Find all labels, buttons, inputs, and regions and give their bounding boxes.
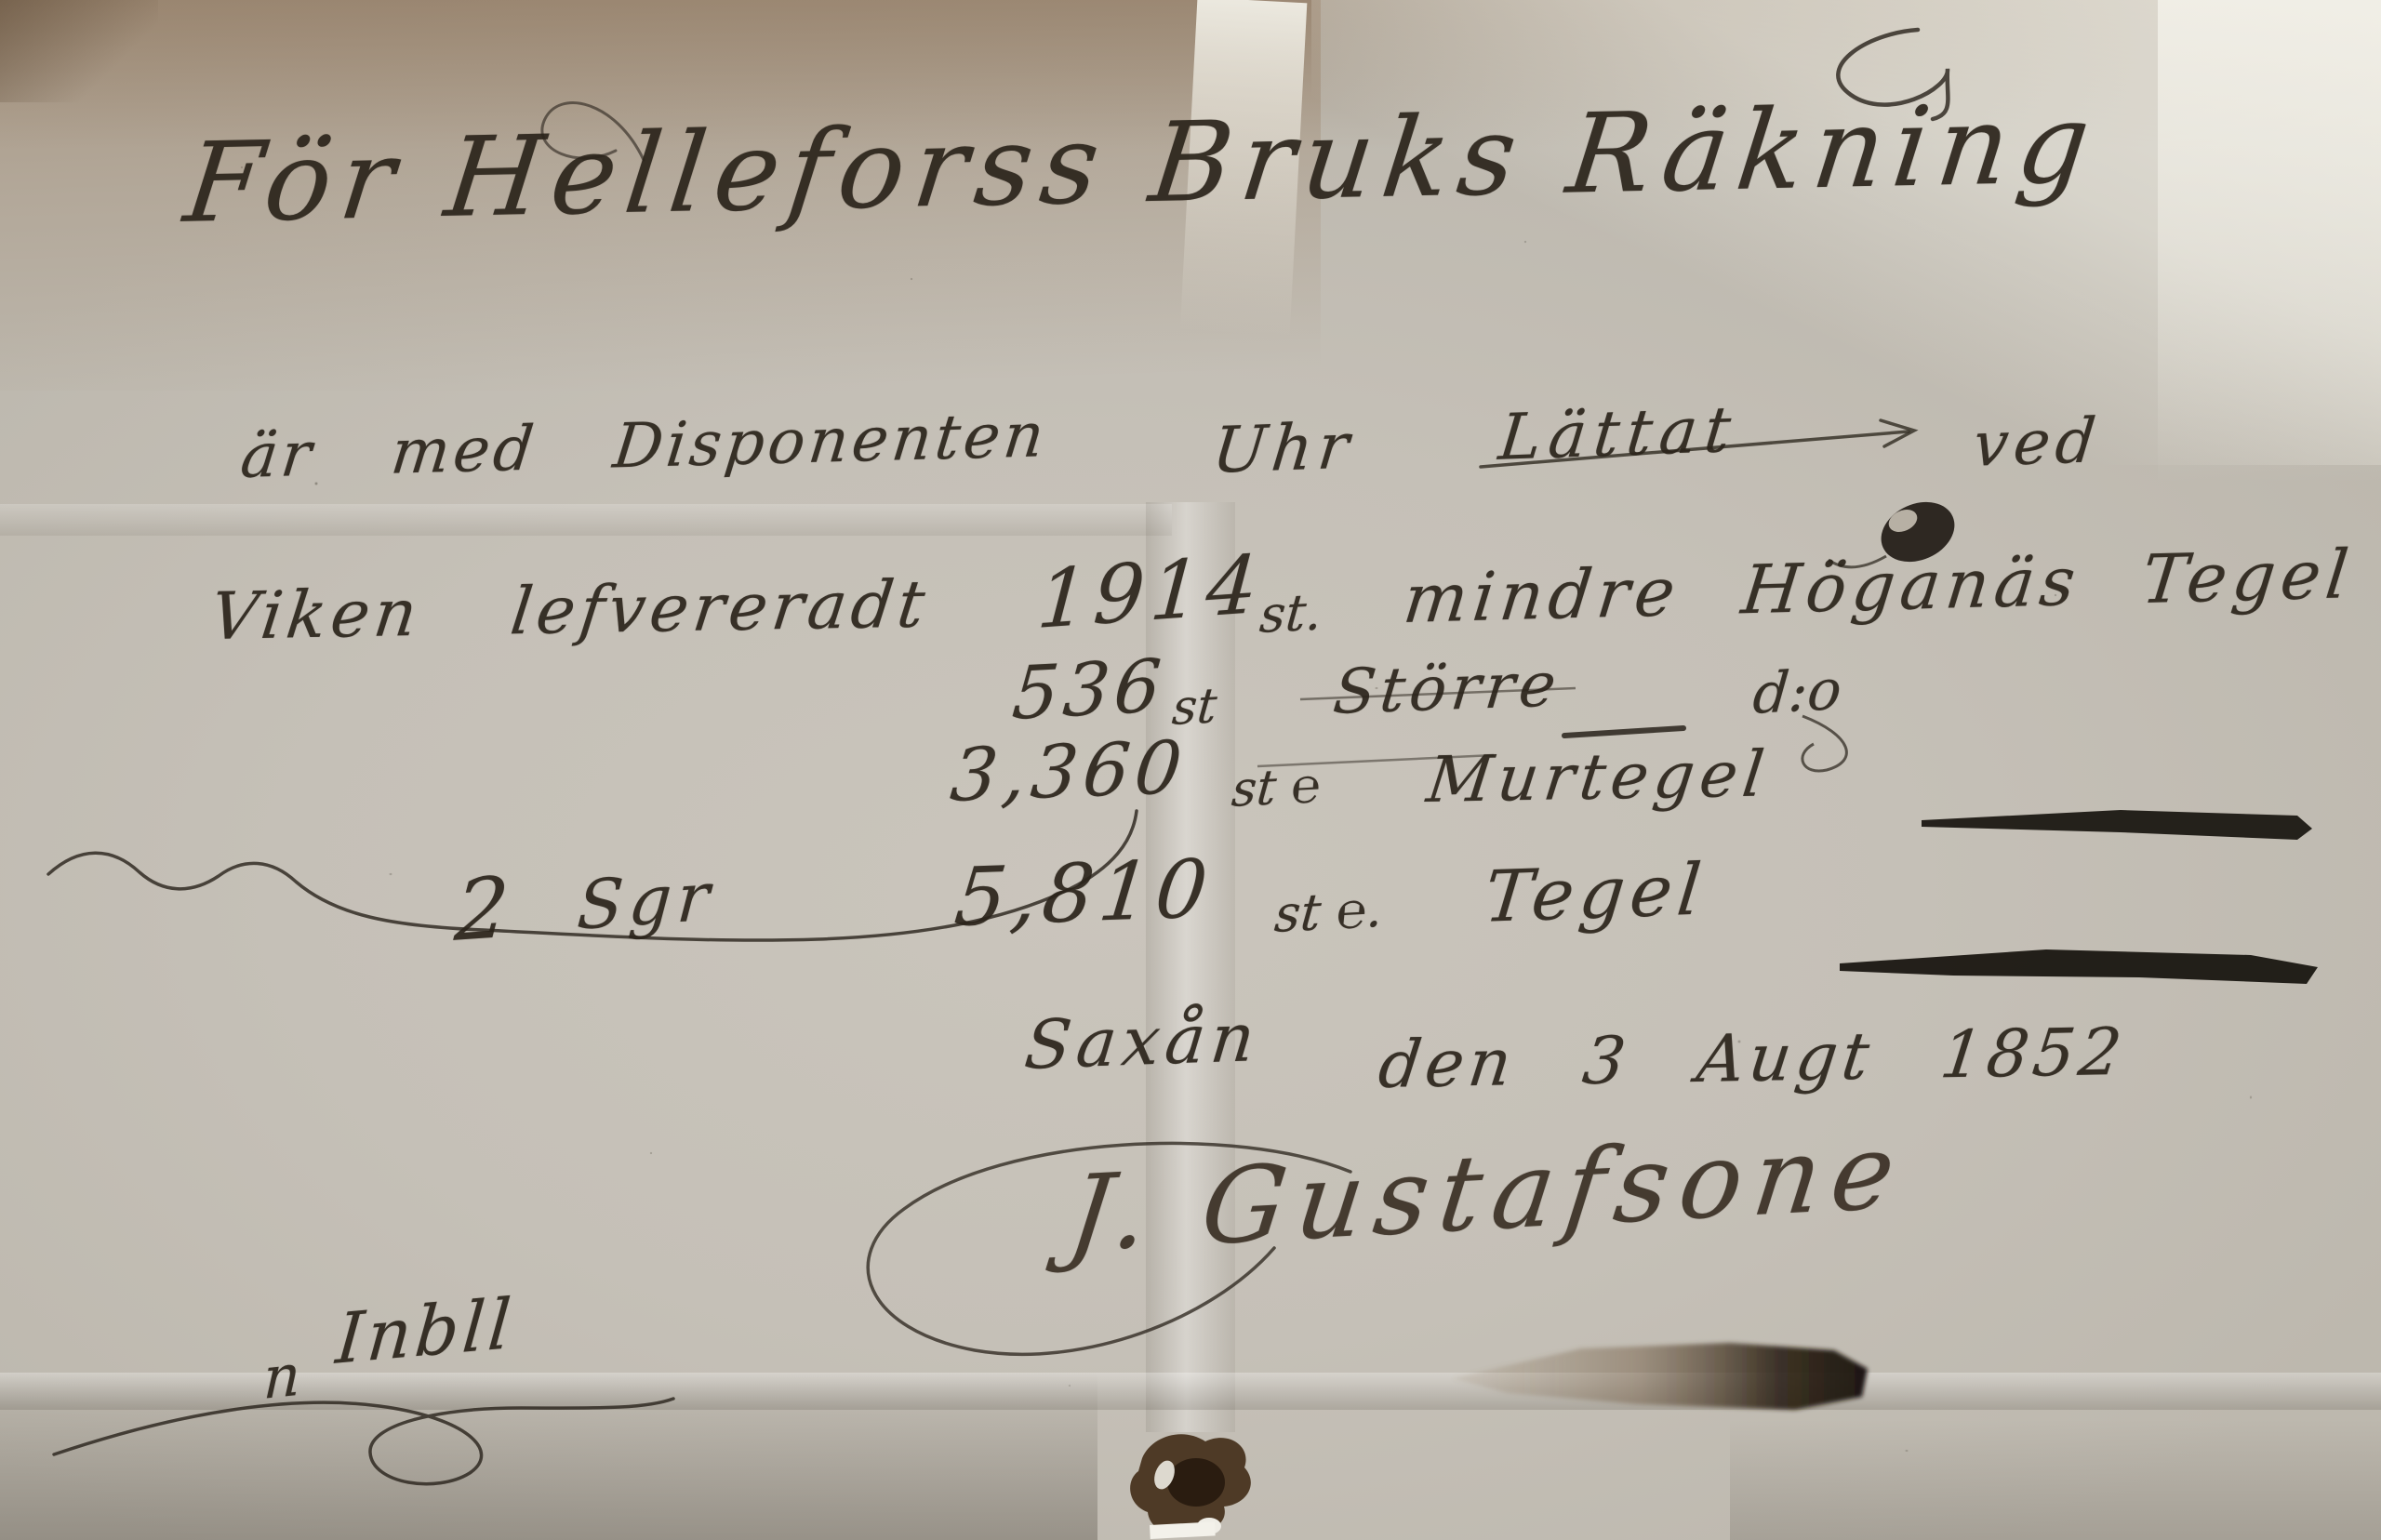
note-small: n	[262, 1340, 301, 1413]
note-word: Inbll	[333, 1283, 517, 1380]
line6-lead: 2	[452, 858, 512, 961]
line6-desc: Tegel	[1481, 847, 1710, 938]
manuscript-photo: För Helleforss Bruks Räkning är med Disp…	[0, 0, 2381, 1540]
dateline-rest: den 3 Augt 1852	[1375, 1014, 2130, 1103]
dateline-place: Saxån	[1021, 998, 1264, 1084]
line3-lead: Viken lefvereradt	[206, 565, 934, 655]
line5-qty: 3,360	[947, 726, 1191, 818]
line6-lead2: Sgr	[575, 856, 717, 945]
line6-unit: st ℮.	[1272, 880, 1386, 944]
line3-unit: st.	[1257, 582, 1324, 644]
line3-qty: 1914	[1034, 538, 1266, 647]
line6-qty: 5,810	[951, 843, 1217, 945]
line5-unit: st ℮	[1230, 758, 1323, 818]
line2-name: Uhr	[1209, 409, 1358, 488]
line4-ditto: d:o	[1750, 657, 1844, 727]
line5-desc: Murtegel	[1423, 737, 1774, 817]
line2-post: ved	[1970, 405, 2105, 481]
line2-struck-word: Lättat	[1496, 393, 1741, 475]
line4-qty: 536	[1009, 644, 1169, 737]
line4-desc: Större	[1330, 648, 1564, 728]
